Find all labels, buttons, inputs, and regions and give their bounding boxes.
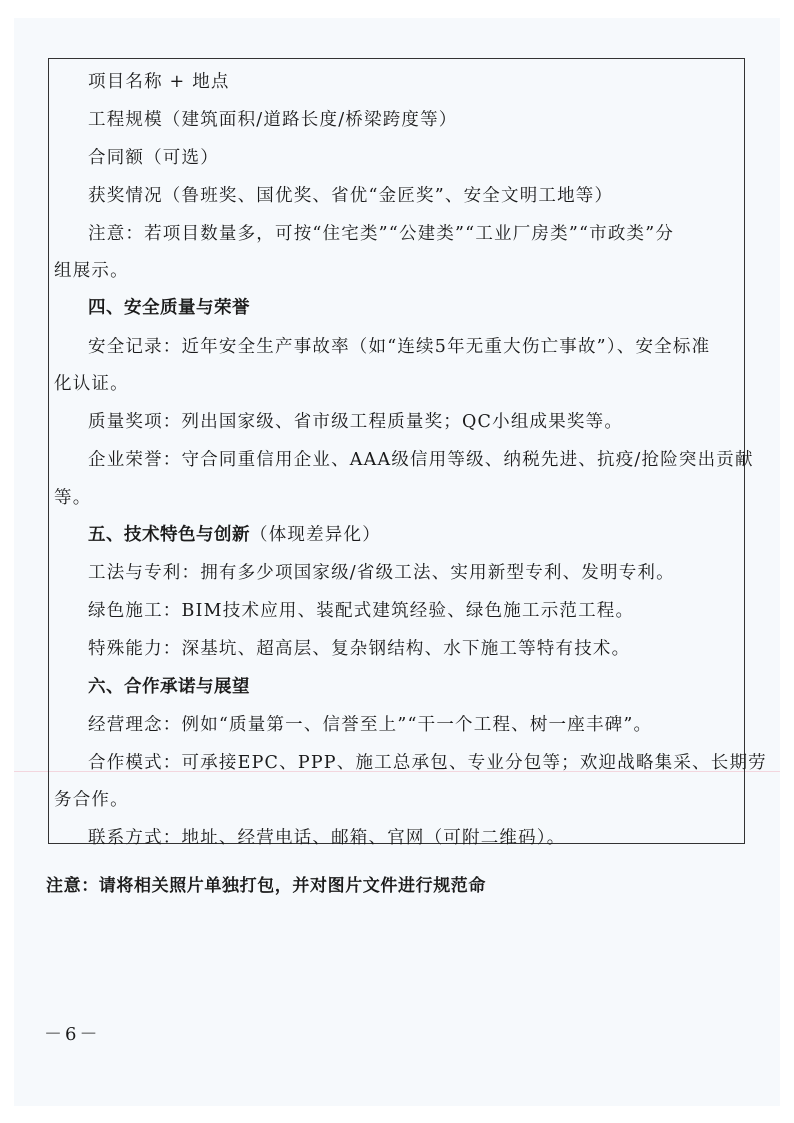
cooperation-mode-cont: 务合作。 [54,789,129,811]
section-6-heading: 六、合作承诺与展望 [88,676,250,698]
green-construction: 绿色施工：BIM技术应用、装配式建筑经验、绿色施工示范工程。 [88,600,634,622]
special-capabilities: 特殊能力：深基坑、超高层、复杂钢结构、水下施工等特有技术。 [88,638,630,660]
corporate-honors-cont: 等。 [54,487,91,509]
section-5-subtitle: （体现差异化） [250,525,381,545]
item-project-name: 项目名称 + 地点 [88,71,230,93]
cooperation-mode: 合作模式：可承接EPC、PPP、施工总承包、专业分包等；欢迎战略集采、长期劳 [88,752,767,774]
section-5-title: 五、技术特色与创新 [88,525,250,545]
business-philosophy: 经营理念：例如“质量第一、信誉至上”“干一个工程、树一座丰碑”。 [88,714,652,736]
item-grouping-note: 注意：若项目数量多，可按“住宅类”“公建类”“工业厂房类”“市政类”分 [88,223,674,245]
safety-record-cont: 化认证。 [54,373,129,395]
corporate-honors: 企业荣誉：守合同重信用企业、AAA级信用等级、纳税先进、抗疫/抢险突出贡献 [88,449,754,471]
safety-record: 安全记录：近年安全生产事故率（如“连续5年无重大伤亡事故”）、安全标准 [88,336,710,358]
quality-awards: 质量奖项：列出国家级、省市级工程质量奖；QC小组成果奖等。 [88,411,623,433]
photo-packaging-note: 注意：请将相关照片单独打包，并对图片文件进行规范命 [46,875,486,897]
item-contract-amount: 合同额（可选） [88,147,219,169]
section-4-heading: 四、安全质量与荣誉 [88,297,250,319]
methods-patents: 工法与专利：拥有多少项国家级/省级工法、实用新型专利、发明专利。 [88,562,675,584]
contact-info: 联系方式：地址、经营电话、邮箱、官网（可附二维码）。 [88,827,565,849]
page-number: －6－ [44,1024,100,1046]
item-grouping-note-cont: 组展示。 [54,260,129,282]
item-awards: 获奖情况（鲁班奖、国优奖、省优“金匠奖”、安全文明工地等） [88,185,613,207]
section-5-heading: 五、技术特色与创新（体现差异化） [88,524,381,546]
item-project-scale: 工程规模（建筑面积/道路长度/桥梁跨度等） [88,109,458,131]
